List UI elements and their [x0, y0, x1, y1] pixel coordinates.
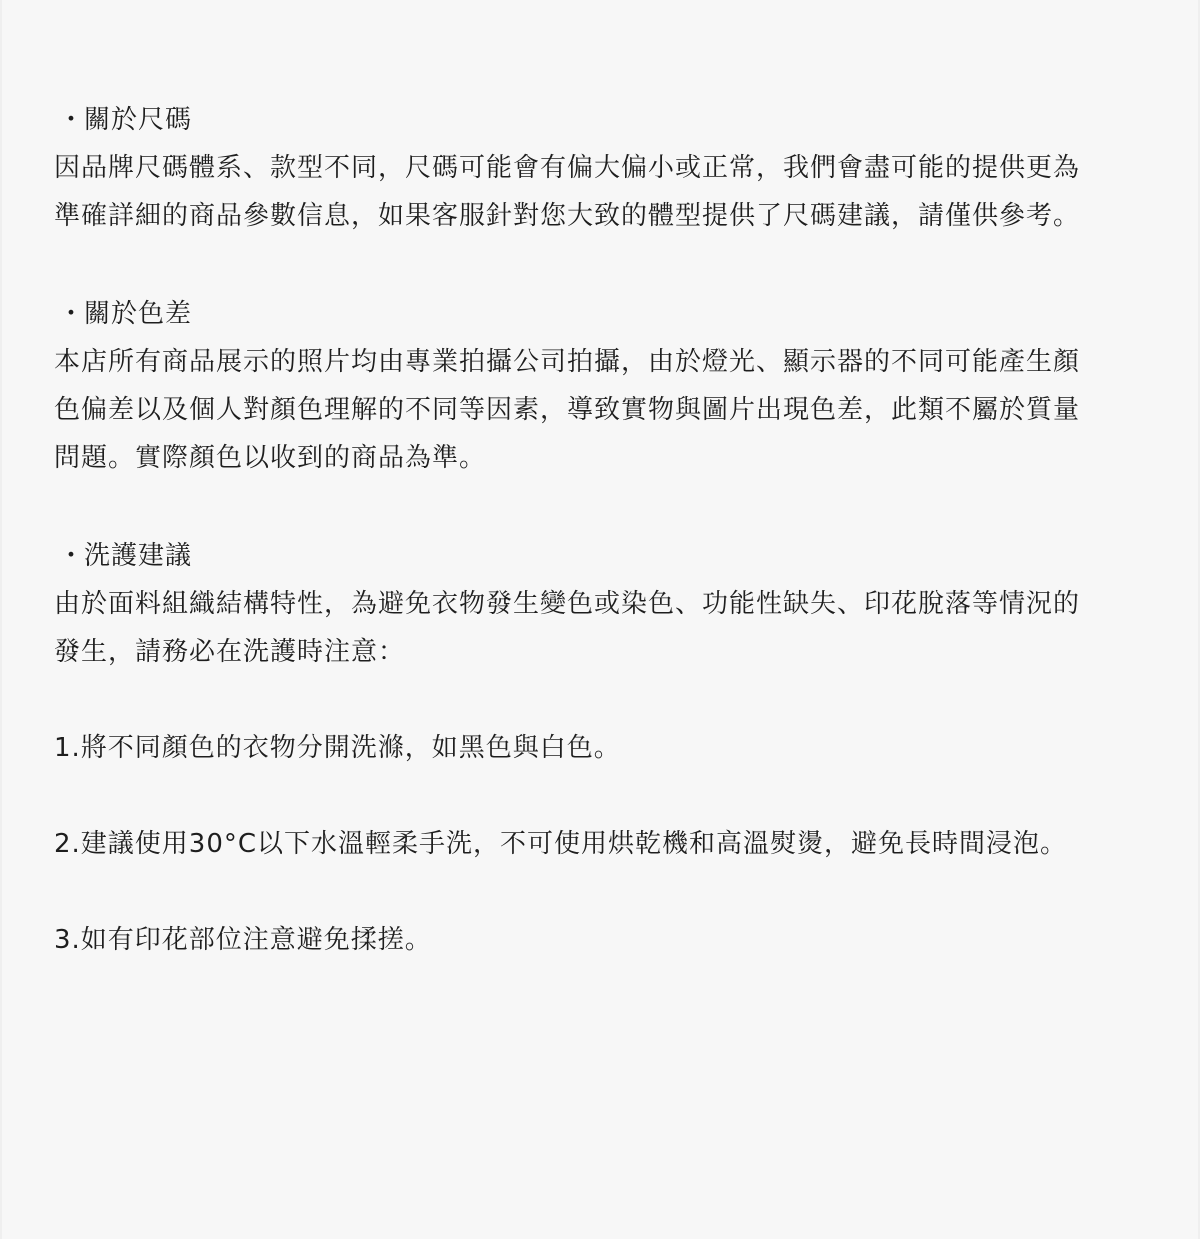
section-body: 由於面料組織結構特性，為避免衣物發生變色或染色、功能性缺失、印花脫落等情況的 發… — [54, 580, 1164, 676]
care-item: 3.如有印花部位注意避免揉搓。 — [54, 916, 1164, 964]
care-item-text: 1.將不同顏色的衣物分開洗滌，如黑色與白色。 — [54, 724, 1164, 772]
bullet-icon: ・ — [54, 290, 84, 338]
section-body: 因品牌尺碼體系、款型不同，尺碼可能會有偏大偏小或正常，我們會盡可能的提供更為 準… — [54, 144, 1164, 240]
spacer — [54, 868, 1164, 916]
spacer — [54, 772, 1164, 820]
section-heading: ・關於尺碼 — [54, 96, 1164, 144]
text-line: 發生，請務必在洗護時注意： — [54, 628, 1164, 676]
text-line: 本店所有商品展示的照片均由專業拍攝公司拍攝，由於燈光、顯示器的不同可能產生顏 — [54, 338, 1164, 386]
section-heading: ・關於色差 — [54, 290, 1164, 338]
section-care-advice: ・洗護建議 由於面料組織結構特性，為避免衣物發生變色或染色、功能性缺失、印花脫落… — [54, 532, 1164, 964]
text-line: 因品牌尺碼體系、款型不同，尺碼可能會有偏大偏小或正常，我們會盡可能的提供更為 — [54, 144, 1164, 192]
text-line: 準確詳細的商品參數信息，如果客服針對您大致的體型提供了尺碼建議，請僅供參考。 — [54, 192, 1164, 240]
care-item-text: 3.如有印花部位注意避免揉搓。 — [54, 916, 1164, 964]
bullet-icon: ・ — [54, 532, 84, 580]
section-title: 關於色差 — [84, 299, 192, 329]
section-heading: ・洗護建議 — [54, 532, 1164, 580]
care-item: 2.建議使用30°C以下水溫輕柔手洗，不可使用烘乾機和高溫熨燙，避免長時間浸泡。 — [54, 820, 1164, 868]
bullet-icon: ・ — [54, 96, 84, 144]
section-title: 關於尺碼 — [84, 105, 192, 135]
text-line: 色偏差以及個人對顏色理解的不同等因素，導致實物與圖片出現色差，此類不屬於質量 — [54, 386, 1164, 434]
spacer — [54, 240, 1164, 290]
care-item: 1.將不同顏色的衣物分開洗滌，如黑色與白色。 — [54, 724, 1164, 772]
product-info-page: ・關於尺碼 因品牌尺碼體系、款型不同，尺碼可能會有偏大偏小或正常，我們會盡可能的… — [0, 0, 1200, 1239]
spacer — [54, 482, 1164, 532]
spacer — [54, 676, 1164, 724]
text-line: 問題。實際顏色以收到的商品為準。 — [54, 434, 1164, 482]
section-size: ・關於尺碼 因品牌尺碼體系、款型不同，尺碼可能會有偏大偏小或正常，我們會盡可能的… — [54, 96, 1164, 240]
text-line: 由於面料組織結構特性，為避免衣物發生變色或染色、功能性缺失、印花脫落等情況的 — [54, 580, 1164, 628]
section-color-difference: ・關於色差 本店所有商品展示的照片均由專業拍攝公司拍攝，由於燈光、顯示器的不同可… — [54, 290, 1164, 482]
section-body: 本店所有商品展示的照片均由專業拍攝公司拍攝，由於燈光、顯示器的不同可能產生顏 色… — [54, 338, 1164, 482]
care-item-text: 2.建議使用30°C以下水溫輕柔手洗，不可使用烘乾機和高溫熨燙，避免長時間浸泡。 — [54, 820, 1164, 868]
content-area: ・關於尺碼 因品牌尺碼體系、款型不同，尺碼可能會有偏大偏小或正常，我們會盡可能的… — [54, 96, 1164, 964]
section-title: 洗護建議 — [84, 541, 192, 571]
